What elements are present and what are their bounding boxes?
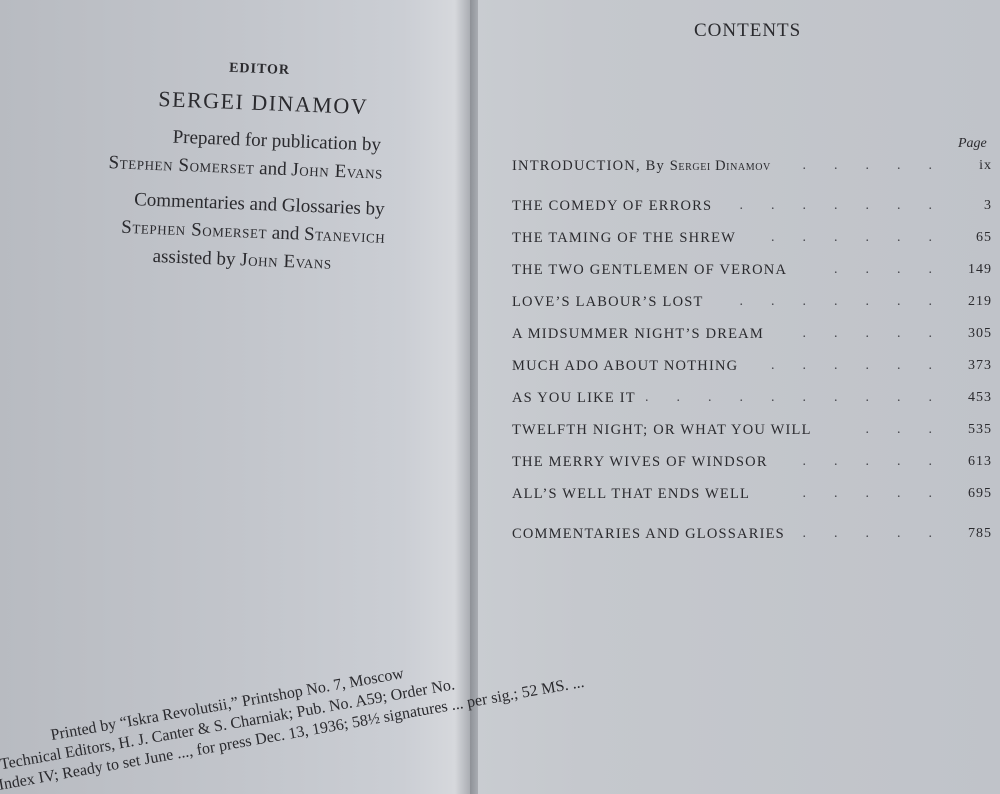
- page-number: 3: [960, 198, 992, 214]
- page-number: 695: [960, 486, 992, 502]
- leader-dots: .....: [781, 158, 960, 174]
- leader-dots: .....: [795, 526, 960, 542]
- toc-entry[interactable]: LOVE’S LABOUR’S LOST........219: [512, 286, 992, 318]
- leader-dots: ..........: [646, 390, 960, 406]
- toc-entry[interactable]: TWELFTH NIGHT; OR WHAT YOU WILL...535: [512, 414, 992, 446]
- leader-dots: ....: [797, 262, 960, 278]
- leader-dots: ........: [714, 294, 960, 310]
- page-number: 785: [960, 526, 992, 542]
- leader-dots: .......: [748, 358, 960, 374]
- editor-name: SERGEI DINAMOV: [48, 82, 479, 124]
- page-number: 219: [960, 294, 992, 310]
- toc-entry[interactable]: COMMENTARIES AND GLOSSARIES.....785: [512, 518, 992, 550]
- contents-heading: CONTENTS: [694, 20, 801, 42]
- toc-entry[interactable]: ALL’S WELL THAT ENDS WELL.....695: [512, 478, 992, 510]
- table-of-contents: INTRODUCTION, By Sergei Dinamov ..... ix…: [512, 150, 992, 550]
- page-number: 149: [960, 262, 992, 278]
- leader-dots: .....: [778, 454, 960, 470]
- toc-entry-introduction[interactable]: INTRODUCTION, By Sergei Dinamov ..... ix: [512, 150, 992, 182]
- toc-entry[interactable]: THE MERRY WIVES OF WINDSOR.....613: [512, 446, 992, 478]
- leader-dots: .....: [774, 326, 960, 342]
- page-number: 305: [960, 326, 992, 342]
- toc-entry[interactable]: THE COMEDY OF ERRORS.......3: [512, 190, 992, 222]
- leader-dots: .......: [722, 198, 960, 214]
- page-number: 613: [960, 454, 992, 470]
- editorial-credits: EDITOR SERGEI DINAMOV Prepared for publi…: [72, 55, 480, 280]
- leader-dots: .....: [760, 486, 960, 502]
- toc-entry[interactable]: THE TAMING OF THE SHREW.......65: [512, 222, 992, 254]
- toc-entry[interactable]: MUCH ADO ABOUT NOTHING.......373: [512, 350, 992, 382]
- page-number: 453: [960, 390, 992, 406]
- toc-entry[interactable]: A MIDSUMMER NIGHT’S DREAM.....305: [512, 318, 992, 350]
- leader-dots: ...: [822, 422, 960, 438]
- page-number: 65: [960, 230, 992, 246]
- toc-entry[interactable]: AS YOU LIKE IT..........453: [512, 382, 992, 414]
- page-number: ix: [960, 158, 992, 174]
- page-number: 535: [960, 422, 992, 438]
- toc-entry[interactable]: THE TWO GENTLEMEN OF VERONA....149: [512, 254, 992, 286]
- page-number: 373: [960, 358, 992, 374]
- leader-dots: .......: [746, 230, 960, 246]
